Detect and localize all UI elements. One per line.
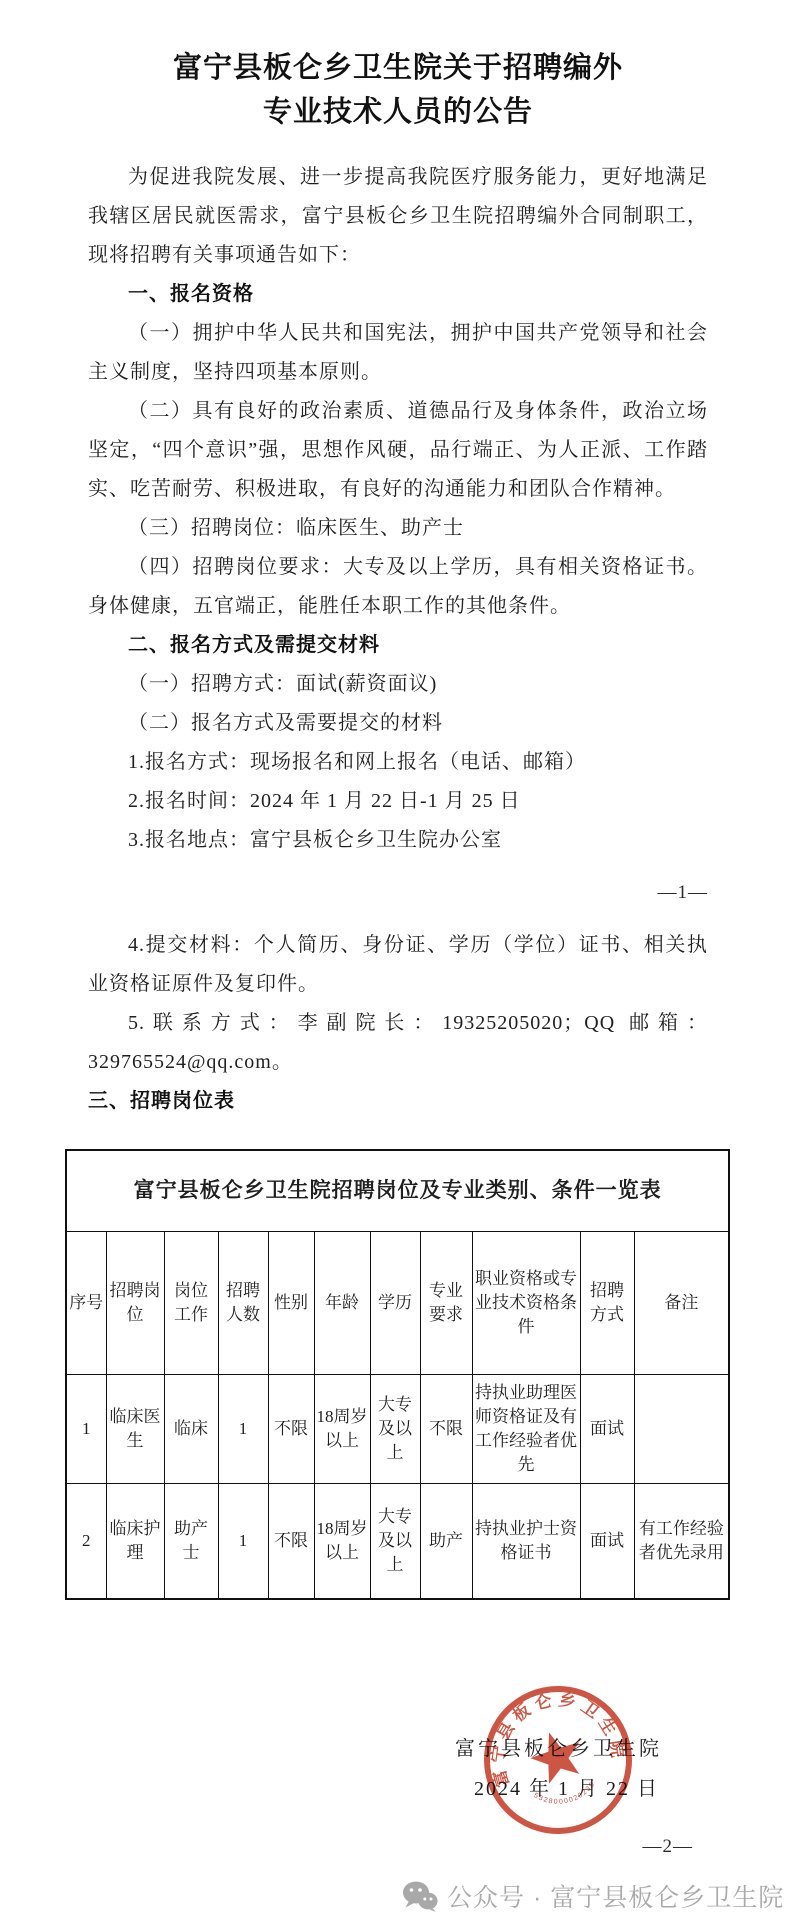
stamp-seal: 富宁县板仑乡卫生院 5328000020230	[478, 1682, 638, 1840]
intro-paragraph: 为促进我院发展、进一步提高我院医疗服务能力，更好地满足我辖区居民就医需求，富宁县…	[88, 158, 708, 275]
section1-item: （三）招聘岗位：临床医生、助产士	[88, 509, 708, 548]
table-cell: 不限	[268, 1484, 314, 1600]
table-row: 2 临床护理 助产士 1 不限 18周岁以上 大专及以上 助产 持执业护士资格证…	[66, 1484, 729, 1600]
column-header: 岗位工作	[164, 1232, 218, 1375]
table-title-row: 富宁县板仑乡卫生院招聘岗位及专业类别、条件一览表	[66, 1150, 729, 1232]
column-header: 招聘方式	[580, 1232, 634, 1375]
table-cell: 助产	[420, 1484, 472, 1600]
table-header-row: 序号 招聘岗位 岗位工作 招聘人数 性别 年龄 学历 专业要求 职业资格或专业技…	[66, 1232, 729, 1375]
column-header: 职业资格或专业技术资格条件	[472, 1232, 580, 1375]
table-cell: 大专及以上	[370, 1375, 420, 1484]
star-icon	[525, 1724, 589, 1786]
section2-item: 1.报名方式：现场报名和网上报名（电话、邮箱）	[88, 743, 708, 782]
section2-item: 2.报名时间：2024 年 1 月 22 日-1 月 25 日	[88, 782, 708, 821]
section1-item: （四）招聘岗位要求：大专及以上学历，具有相关资格证书。身体健康，五官端正，能胜任…	[88, 548, 708, 626]
table-cell: 2	[66, 1484, 106, 1600]
document-page: 富宁县板仑乡卫生院关于招聘编外 专业技术人员的公告 为促进我院发展、进一步提高我…	[0, 46, 793, 1600]
wechat-icon	[402, 1880, 438, 1912]
recruitment-table: 富宁县板仑乡卫生院招聘岗位及专业类别、条件一览表 序号 招聘岗位 岗位工作 招聘…	[65, 1149, 730, 1600]
table-cell: 持执业助理医师资格证及有工作经验者优先	[472, 1375, 580, 1484]
section2-heading: 二、报名方式及需提交材料	[88, 626, 708, 665]
svg-text:5328000020230: 5328000020230	[531, 1779, 599, 1811]
table-title: 富宁县板仑乡卫生院招聘岗位及专业类别、条件一览表	[66, 1150, 729, 1232]
table-cell: 18周岁以上	[314, 1484, 370, 1600]
section1-heading: 一、报名资格	[88, 275, 708, 314]
section3-heading: 三、招聘岗位表	[88, 1082, 708, 1121]
page-title-line1: 富宁县板仑乡卫生院关于招聘编外	[88, 46, 708, 90]
table-cell: 18周岁以上	[314, 1375, 370, 1484]
section2-item: 5.联系方式：李副院长：19325205020；QQ 邮箱：329765524@…	[88, 1004, 708, 1082]
section2-item: （一）招聘方式：面试(薪资面议)	[88, 665, 708, 704]
column-header: 学历	[370, 1232, 420, 1375]
table-cell: 1	[218, 1375, 268, 1484]
table-cell: 1	[218, 1484, 268, 1600]
table-cell: 持执业护士资格证书	[472, 1484, 580, 1600]
table-row: 1 临床医生 临床 1 不限 18周岁以上 大专及以上 不限 持执业助理医师资格…	[66, 1375, 729, 1484]
column-header: 招聘人数	[218, 1232, 268, 1375]
section1-item: （二）具有良好的政治素质、道德品行及身体条件，政治立场坚定，“四个意识”强，思想…	[88, 392, 708, 509]
stamp-code: 5328000020230	[531, 1779, 599, 1811]
column-header: 招聘岗位	[106, 1232, 164, 1375]
table-cell: 不限	[420, 1375, 472, 1484]
column-header: 年龄	[314, 1232, 370, 1375]
table-cell: 临床医生	[106, 1375, 164, 1484]
column-header: 序号	[66, 1232, 106, 1375]
table-cell: 不限	[268, 1375, 314, 1484]
page-title: 富宁县板仑乡卫生院关于招聘编外 专业技术人员的公告	[88, 46, 708, 134]
document-body: 为促进我院发展、进一步提高我院医疗服务能力，更好地满足我辖区居民就医需求，富宁县…	[88, 158, 708, 1121]
table-cell: 大专及以上	[370, 1484, 420, 1600]
table-cell: 临床护理	[106, 1484, 164, 1600]
table-cell: 1	[66, 1375, 106, 1484]
section1-item: （一）拥护中华人民共和国宪法，拥护中国共产党领导和社会主义制度，坚持四项基本原则…	[88, 314, 708, 392]
footer-label: 公众号 · 富宁县板仑乡卫生院	[447, 1878, 784, 1914]
section2-item: 3.报名地点：富宁县板仑乡卫生院办公室	[88, 821, 708, 860]
page-title-line2: 专业技术人员的公告	[88, 90, 708, 134]
column-header: 性别	[268, 1232, 314, 1375]
page-number-2: —2—	[643, 1832, 694, 1862]
table-cell: 助产士	[164, 1484, 218, 1600]
table-cell: 临床	[164, 1375, 218, 1484]
column-header: 专业要求	[420, 1232, 472, 1375]
table-cell: 面试	[580, 1484, 634, 1600]
section2-item: （二）报名方式及需要提交的材料	[88, 704, 708, 743]
footer: 公众号 · 富宁县板仑乡卫生院	[402, 1878, 784, 1914]
table-cell: 有工作经验者优先录用	[634, 1484, 729, 1600]
table-cell	[634, 1375, 729, 1484]
signature-area: 富宁县板仑乡卫生院 2024 年 1 月 22 日 富宁县板仑乡卫生院 5328…	[0, 1680, 793, 1930]
table-cell: 面试	[580, 1375, 634, 1484]
page-number-1: —1—	[88, 878, 708, 908]
column-header: 备注	[634, 1232, 729, 1375]
section2-item: 4.提交材料：个人简历、身份证、学历（学位）证书、相关执业资格证原件及复印件。	[88, 926, 708, 1004]
